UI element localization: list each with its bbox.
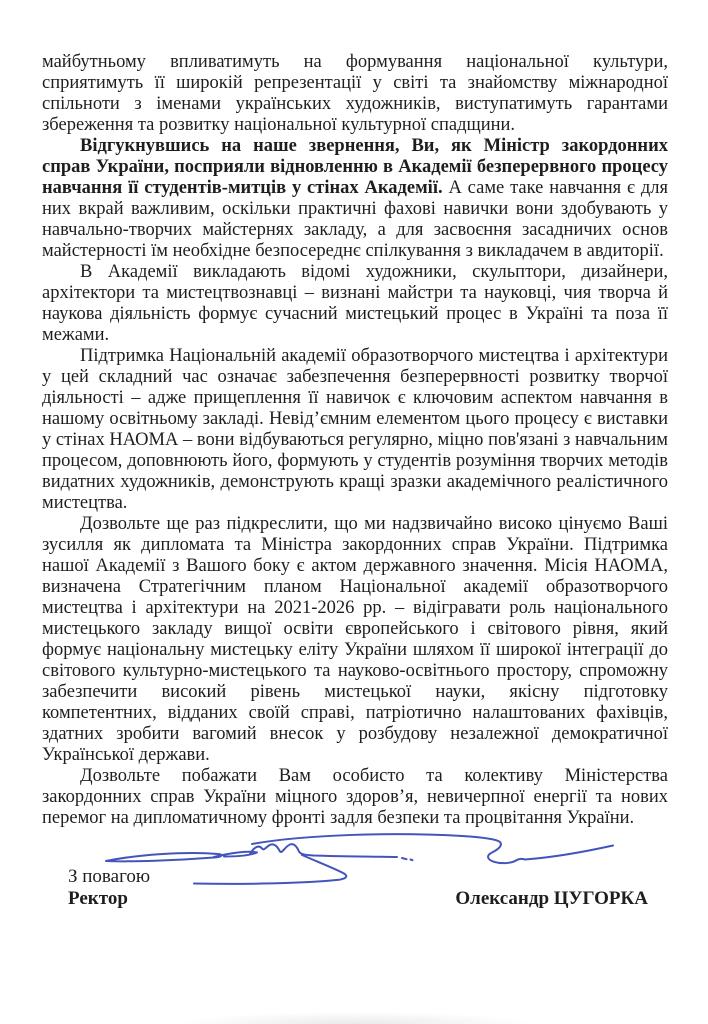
- signatory-name: Олександр ЦУГОРКА: [455, 888, 648, 910]
- closing-block: З повагою Ректор: [68, 866, 150, 910]
- letter-body: майбутньому впливатимуть на формування н…: [42, 52, 668, 829]
- paragraph-6: Дозвольте побажати Вам особисто та колек…: [42, 766, 668, 829]
- signature-top-flourish: [252, 834, 613, 863]
- closing-title: Ректор: [68, 888, 150, 910]
- closing-salutation: З повагою: [68, 866, 150, 888]
- signature-underline: [194, 855, 346, 884]
- paragraph-4: Підтримка Національній академії образотв…: [42, 346, 668, 514]
- signature-humps-and-dash: [250, 844, 397, 857]
- page-bottom-shadow: [140, 1008, 570, 1024]
- paragraph-3: В Академії викладають відомі художники, …: [42, 262, 668, 346]
- signature-dots: [402, 858, 413, 860]
- signature-left-loop: [106, 853, 221, 861]
- scanned-letter-page: майбутньому впливатимуть на формування н…: [0, 0, 708, 1024]
- paragraph-1: майбутньому впливатимуть на формування н…: [42, 52, 668, 136]
- paragraph-2: Відгукнувшись на наше звернення, Ви, як …: [42, 136, 668, 262]
- paragraph-5: Дозвольте ще раз підкреслити, що ми надз…: [42, 514, 668, 766]
